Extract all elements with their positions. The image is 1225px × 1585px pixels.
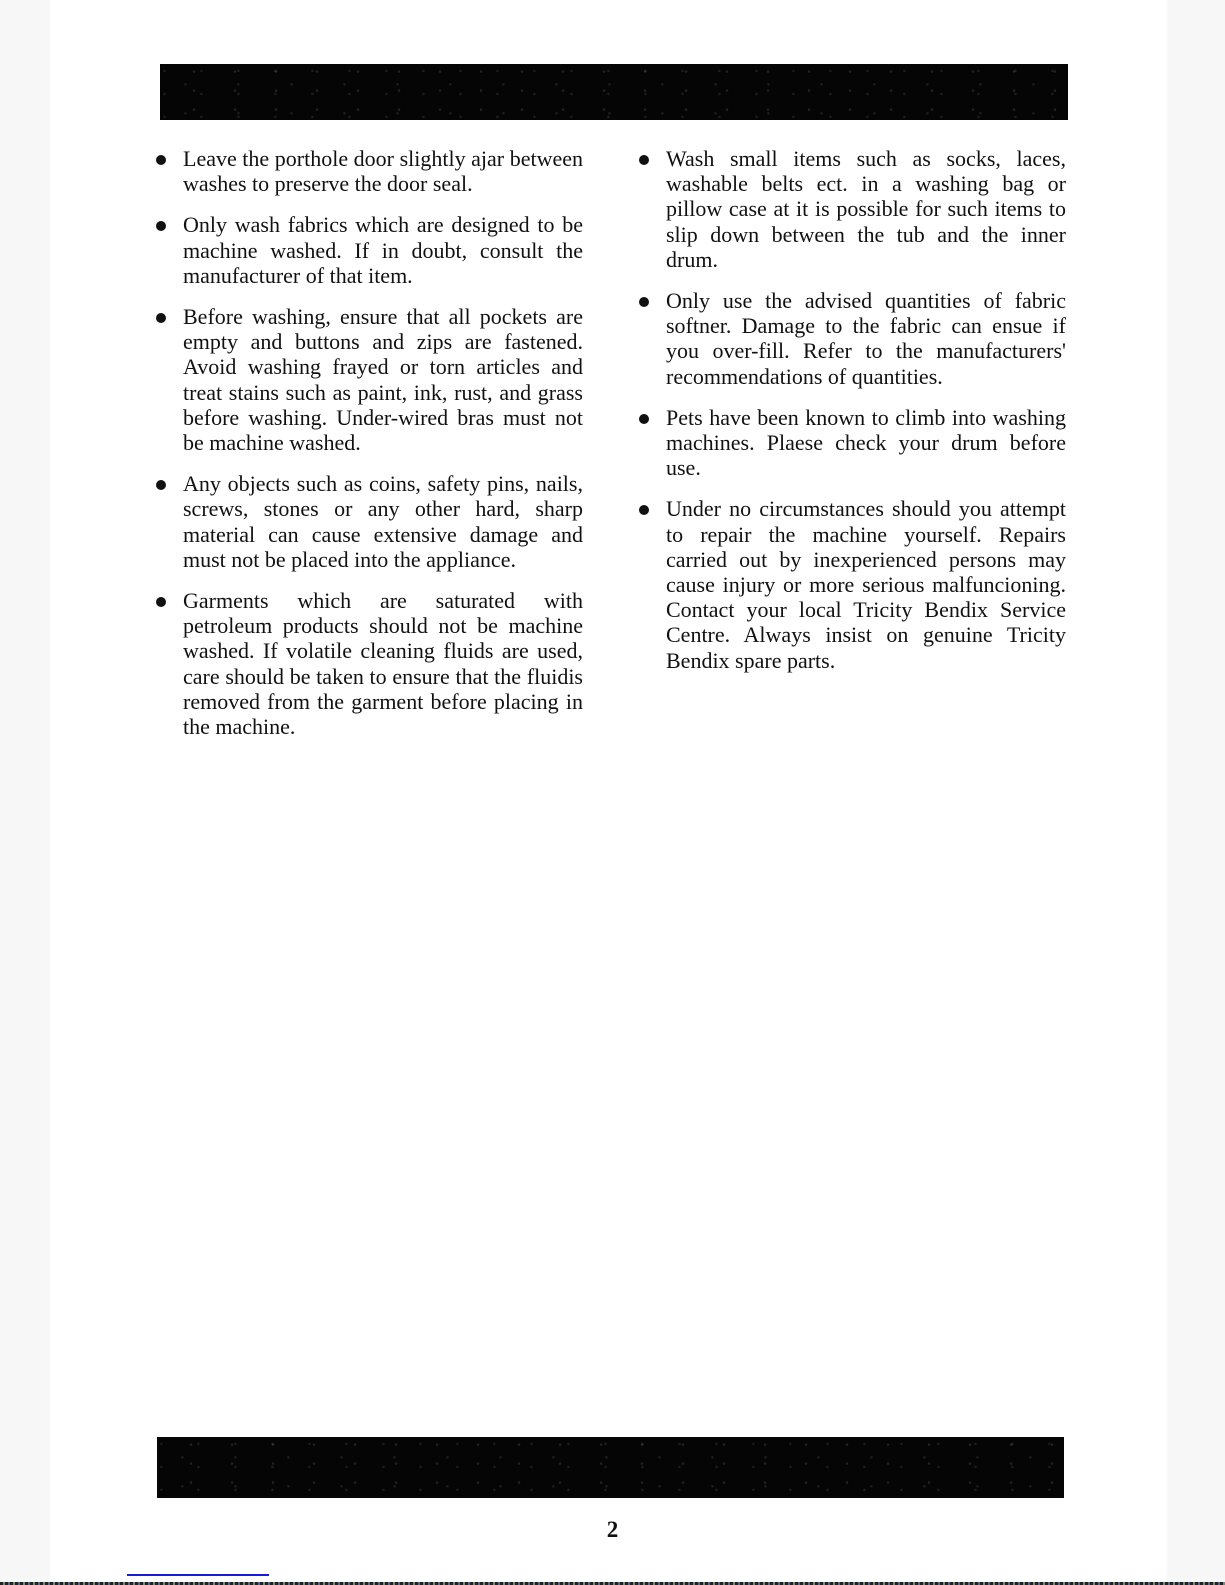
bullet-item: Leave the porthole door slightly ajar be…: [155, 146, 583, 196]
header-bar: [160, 64, 1068, 120]
bullet-item: Only wash fabrics which are designed to …: [155, 212, 583, 288]
bullet-text: Before washing, ensure that all pockets …: [183, 304, 583, 455]
bullet-item: Wash small items such as socks, laces, w…: [638, 146, 1066, 272]
bullet-text: Only wash fabrics which are designed to …: [183, 212, 583, 287]
bullet-text: Wash small items such as socks, laces, w…: [666, 146, 1066, 272]
bullet-text: Only use the advised quantities of fabri…: [666, 288, 1066, 389]
bullet-icon: [156, 221, 166, 231]
bullet-icon: [639, 414, 649, 424]
bullet-item: Only use the advised quantities of fabri…: [638, 288, 1066, 389]
page-number: 2: [0, 1517, 1225, 1543]
page-margin-right: [1167, 0, 1225, 1585]
bullet-icon: [639, 155, 649, 165]
bullet-item: Before washing, ensure that all pockets …: [155, 304, 583, 455]
bullet-icon: [156, 480, 166, 490]
footer-bar: [157, 1437, 1064, 1498]
bullet-item: Pets have been known to climb into washi…: [638, 405, 1066, 481]
left-column: Leave the porthole door slightly ajar be…: [155, 146, 583, 755]
link-underline[interactable]: [127, 1574, 269, 1576]
bullet-icon: [156, 597, 166, 607]
bullet-item: Under no circumstances should you attemp…: [638, 496, 1066, 672]
bullet-text: Pets have been known to climb into washi…: [666, 405, 1066, 480]
bullet-icon: [156, 313, 166, 323]
bullet-icon: [639, 505, 649, 515]
bullet-text: Under no circumstances should you attemp…: [666, 496, 1066, 672]
bullet-icon: [156, 155, 166, 165]
bullet-item: Any objects such as coins, safety pins, …: [155, 471, 583, 572]
bullet-text: Any objects such as coins, safety pins, …: [183, 471, 583, 572]
bullet-text: Leave the porthole door slightly ajar be…: [183, 146, 583, 196]
page-margin-left: [0, 0, 50, 1585]
bullet-text: Garments which are saturated with petrol…: [183, 588, 583, 739]
bullet-icon: [639, 297, 649, 307]
right-column: Wash small items such as socks, laces, w…: [638, 146, 1066, 689]
bullet-item: Garments which are saturated with petrol…: [155, 588, 583, 739]
